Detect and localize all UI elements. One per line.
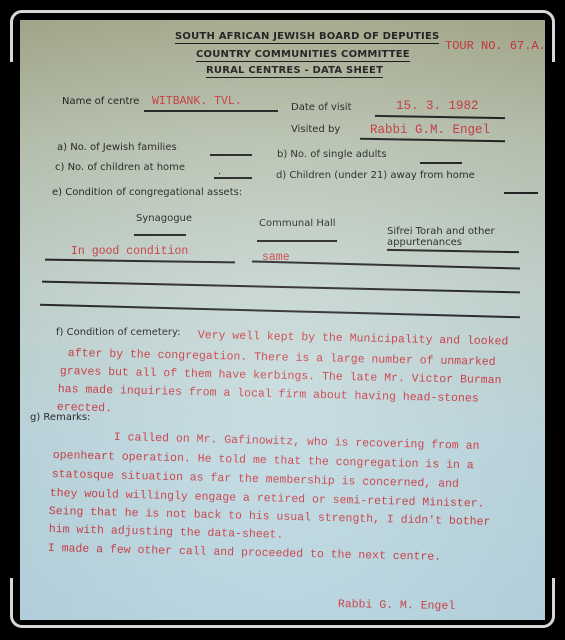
single-adults-label: b) No. of single adults: [277, 149, 387, 160]
visited-by-label: Visited by: [291, 124, 340, 135]
jewish-families-line: [210, 154, 252, 156]
synagogue-condition-value: In good condition: [71, 245, 188, 258]
cemetery-label: f) Condition of cemetery:: [56, 327, 181, 338]
signature: Rabbi G. M. Engel: [338, 597, 456, 615]
children-away-line: [504, 192, 538, 194]
data-sheet-document: SOUTH AFRICAN JEWISH BOARD OF DEPUTIES C…: [20, 20, 545, 620]
children-home-value: .: [218, 166, 221, 177]
assets-label: e) Condition of congregational assets:: [52, 187, 242, 198]
asset-blank-line-2: [40, 304, 520, 318]
asset-column-synagogue: Synagogue: [136, 213, 192, 224]
children-away-label: d) Children (under 21) away from home: [276, 170, 475, 181]
visited-by-value: Rabbi G.M. Engel: [370, 123, 490, 137]
synagogue-header-line: [134, 234, 186, 236]
children-home-label: c) No. of children at home: [55, 162, 185, 173]
asset-column-sifrei-torah: Sifrei Torah and other: [387, 226, 495, 237]
centre-name-label: Name of centre: [62, 96, 139, 107]
centre-name-value: WITBANK. TVL.: [152, 95, 242, 108]
children-home-line: [214, 177, 252, 179]
remarks-label: g) Remarks:: [30, 412, 90, 423]
hall-header-line: [257, 240, 337, 242]
asset-blank-line-1: [42, 281, 520, 293]
remarks-line-6: him with adjusting the data-sheet.: [49, 522, 284, 543]
asset-column-appurtenances: appurtenances: [387, 237, 462, 248]
synagogue-value-line: [45, 259, 235, 263]
tour-number: TOUR NO. 67.A.: [445, 39, 545, 53]
jewish-families-label: a) No. of Jewish families: [57, 142, 177, 153]
hall-value-line: [252, 260, 520, 269]
visit-date-label: Date of visit: [291, 102, 352, 113]
cemetery-line-1: Very well kept by the Municipality and l…: [198, 328, 509, 350]
committee-heading: COUNTRY COMMUNITIES COMMITTEE: [196, 49, 410, 62]
torah-header-line: [387, 249, 519, 253]
sheet-title: RURAL CENTRES - DATA SHEET: [206, 65, 383, 78]
remarks-line-7: I made a few other call and proceeded to…: [48, 541, 442, 565]
visit-date-value: 15. 3. 1982: [396, 99, 479, 113]
organization-heading: SOUTH AFRICAN JEWISH BOARD OF DEPUTIES: [175, 31, 439, 44]
asset-column-communal-hall: Communal Hall: [259, 218, 336, 229]
centre-name-line: [144, 110, 278, 112]
single-adults-line: [420, 162, 462, 164]
frame-gap-right: [551, 62, 565, 578]
visit-date-line: [375, 115, 505, 119]
frame-gap-left: [0, 62, 14, 578]
visited-by-line: [360, 138, 505, 142]
